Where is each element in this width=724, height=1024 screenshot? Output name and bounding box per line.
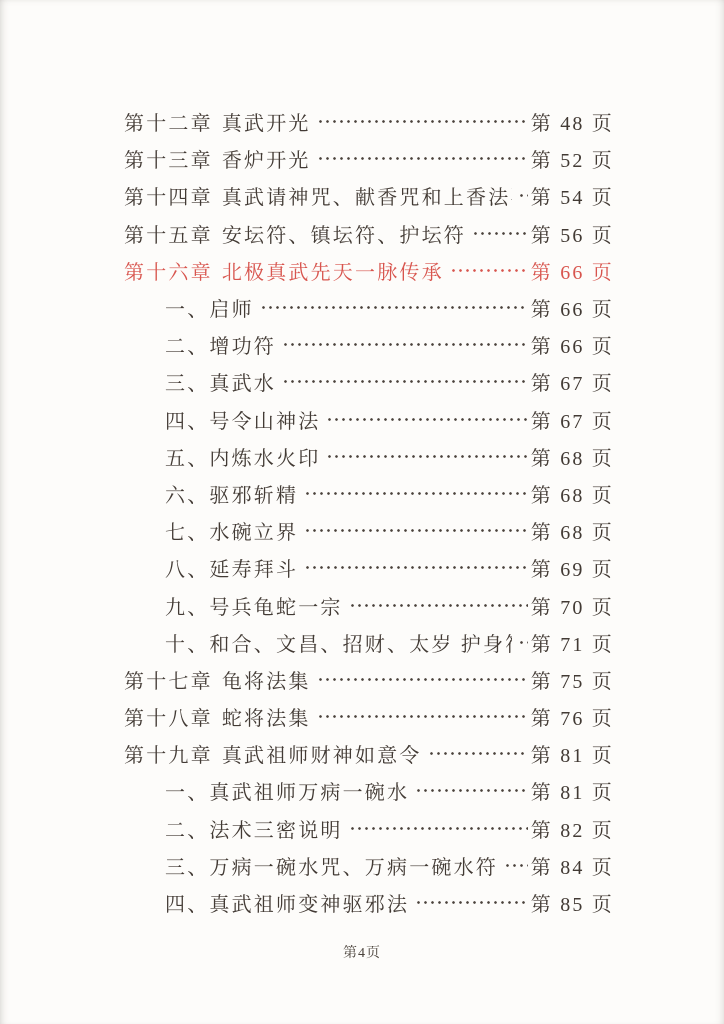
toc-entry-title: 真武水 xyxy=(209,367,276,396)
toc-entry: 八、 延寿拜斗 第 69 页 xyxy=(124,549,614,586)
dot-leader xyxy=(317,155,528,162)
toc-entry-page-number: 第 66 页 xyxy=(531,293,614,322)
toc-entry-page-number: 第 81 页 xyxy=(531,776,614,805)
toc-entry: 第十二章 真武开光 第 48 页 xyxy=(124,103,614,140)
toc-entry: 三、 万病一碗水咒、万病一碗水符 第 84 页 xyxy=(124,847,614,884)
toc-entry-page-number: 第 67 页 xyxy=(531,367,614,396)
dot-leader xyxy=(504,862,528,869)
toc-entry-label: 第十八章 xyxy=(124,702,213,731)
toc-entry: 第十六章 北极真武先天一脉传承 第 66 页 xyxy=(124,252,614,289)
toc-entry: 七、 水碗立界 第 68 页 xyxy=(124,512,614,549)
toc-entry: 第十七章 龟将法集 第 75 页 xyxy=(124,661,614,698)
toc-entry-page-number: 第 82 页 xyxy=(531,814,614,843)
toc-entry-label: 一、 xyxy=(165,293,209,322)
toc-entry-title: 万病一碗水咒、万病一碗水符 xyxy=(209,851,498,880)
toc-entry-label: 四、 xyxy=(165,888,209,917)
toc-entry-label: 二、 xyxy=(165,814,209,843)
dot-leader xyxy=(326,453,527,460)
dot-leader xyxy=(415,899,528,906)
toc-entry-label: 三、 xyxy=(165,851,209,880)
toc-entry-title: 真武祖师变神驱邪法 xyxy=(209,888,409,917)
toc-entry-page-number: 第 76 页 xyxy=(531,702,614,731)
toc-entry-label: 九、 xyxy=(165,591,209,620)
toc-entry: 六、 驱邪斩精 第 68 页 xyxy=(124,475,614,512)
toc-entry-label: 第十七章 xyxy=(124,665,213,694)
dot-leader xyxy=(317,118,528,125)
toc-entry-title: 北极真武先天一脉传承 xyxy=(222,256,444,285)
toc-entry-page-number: 第 69 页 xyxy=(531,553,614,582)
toc-entry-label: 第十六章 xyxy=(124,256,213,285)
toc-entry-label: 七、 xyxy=(165,516,209,545)
toc-entry-page-number: 第 84 页 xyxy=(531,851,614,880)
toc-entry-page-number: 第 70 页 xyxy=(531,591,614,620)
dot-leader xyxy=(282,341,528,348)
toc-entry-title: 蛇将法集 xyxy=(222,702,311,731)
toc-entry-page-number: 第 85 页 xyxy=(531,888,614,917)
toc-entry-title: 安坛符、镇坛符、护坛符 xyxy=(222,219,466,248)
toc-entry: 第十四章 真武请神咒、献香咒和上香法决 第 54 页 xyxy=(124,177,614,214)
toc-entry-title: 和合、文昌、招财、太岁 护身符 xyxy=(209,628,511,657)
toc-entry-title: 真武请神咒、献香咒和上香法决 xyxy=(222,181,512,210)
dot-leader xyxy=(304,564,528,571)
toc-entry-label: 十、 xyxy=(165,628,209,657)
dot-leader xyxy=(349,825,528,832)
dot-leader xyxy=(317,676,528,683)
toc-entry: 第十八章 蛇将法集 第 76 页 xyxy=(124,698,614,735)
dot-leader xyxy=(450,267,528,274)
toc-entry-page-number: 第 66 页 xyxy=(531,256,614,285)
page-number-footer: 第4页 xyxy=(0,942,724,962)
toc-entry-title: 真武祖师财神如意令 xyxy=(222,739,422,768)
toc-entry-label: 第十三章 xyxy=(124,144,213,173)
scanned-toc-page: 第十二章 真武开光 第 48 页 第十三章 香炉开光 第 52 页 第十四章 真… xyxy=(0,0,724,1024)
toc-entry: 第十五章 安坛符、镇坛符、护坛符 第 56 页 xyxy=(124,215,614,252)
toc-entry-page-number: 第 66 页 xyxy=(531,330,614,359)
toc-entry-page-number: 第 68 页 xyxy=(531,479,614,508)
toc-entry-title: 延寿拜斗 xyxy=(209,553,298,582)
toc-entry-title: 号令山神法 xyxy=(209,405,320,434)
toc-entry-title: 驱邪斩精 xyxy=(209,479,298,508)
dot-leader xyxy=(349,602,528,609)
toc-entry-page-number: 第 68 页 xyxy=(531,442,614,471)
toc-entry-label: 二、 xyxy=(165,330,209,359)
toc-entry-label: 四、 xyxy=(165,405,209,434)
dot-leader xyxy=(326,416,527,423)
toc-entry-title: 真武开光 xyxy=(222,107,311,136)
toc-entry-page-number: 第 52 页 xyxy=(531,144,614,173)
toc-entry: 四、 号令山神法 第 67 页 xyxy=(124,401,614,438)
toc-entry-title: 真武祖师万病一碗水 xyxy=(209,776,409,805)
dot-leader xyxy=(415,787,528,794)
toc-entry-title: 法术三密说明 xyxy=(209,814,342,843)
toc-entry-title: 增功符 xyxy=(209,330,276,359)
dot-leader xyxy=(518,192,528,199)
toc-entry-label: 五、 xyxy=(165,442,209,471)
toc-entry-label: 第十五章 xyxy=(124,219,213,248)
dot-leader xyxy=(282,378,528,385)
toc-entry: 第十三章 香炉开光 第 52 页 xyxy=(124,140,614,177)
toc-entry-label: 六、 xyxy=(165,479,209,508)
toc-entry-page-number: 第 75 页 xyxy=(531,665,614,694)
toc-entry: 一、 真武祖师万病一碗水 第 81 页 xyxy=(124,772,614,809)
toc-entry-page-number: 第 68 页 xyxy=(531,516,614,545)
toc-entry: 三、 真武水 第 67 页 xyxy=(124,363,614,400)
toc-entry: 九、 号兵龟蛇一宗 第 70 页 xyxy=(124,586,614,623)
toc-entry-page-number: 第 54 页 xyxy=(531,181,614,210)
toc-entry: 第十九章 真武祖师财神如意令 第 81 页 xyxy=(124,735,614,772)
dot-leader xyxy=(518,639,528,646)
toc-entry: 十、 和合、文昌、招财、太岁 护身符 第 71 页 xyxy=(124,624,614,661)
dot-leader xyxy=(260,304,528,311)
toc-entry-title: 龟将法集 xyxy=(222,665,311,694)
toc-entry: 二、 增功符 第 66 页 xyxy=(124,326,614,363)
dot-leader xyxy=(304,527,528,534)
dot-leader xyxy=(304,490,528,497)
toc-entry-label: 第十九章 xyxy=(124,739,213,768)
toc-entry: 一、 启师 第 66 页 xyxy=(124,289,614,326)
toc-entry-title: 内炼水火印 xyxy=(209,442,320,471)
toc-entry-page-number: 第 81 页 xyxy=(531,739,614,768)
toc-list: 第十二章 真武开光 第 48 页 第十三章 香炉开光 第 52 页 第十四章 真… xyxy=(124,103,614,921)
dot-leader xyxy=(428,750,528,757)
toc-entry-label: 第十二章 xyxy=(124,107,213,136)
toc-entry: 四、 真武祖师变神驱邪法 第 85 页 xyxy=(124,884,614,921)
toc-entry-title: 号兵龟蛇一宗 xyxy=(209,591,342,620)
toc-entry-title: 香炉开光 xyxy=(222,144,311,173)
dot-leader xyxy=(317,713,528,720)
dot-leader xyxy=(472,230,528,237)
toc-entry-page-number: 第 56 页 xyxy=(531,219,614,248)
toc-entry: 二、 法术三密说明 第 82 页 xyxy=(124,810,614,847)
toc-entry-label: 八、 xyxy=(165,553,209,582)
toc-entry: 五、 内炼水火印 第 68 页 xyxy=(124,438,614,475)
toc-entry-page-number: 第 67 页 xyxy=(531,405,614,434)
toc-entry-title: 启师 xyxy=(209,293,253,322)
toc-entry-title: 水碗立界 xyxy=(209,516,298,545)
toc-entry-page-number: 第 71 页 xyxy=(531,628,614,657)
toc-entry-label: 第十四章 xyxy=(124,181,213,210)
toc-entry-label: 三、 xyxy=(165,367,209,396)
toc-entry-page-number: 第 48 页 xyxy=(531,107,614,136)
toc-entry-label: 一、 xyxy=(165,776,209,805)
